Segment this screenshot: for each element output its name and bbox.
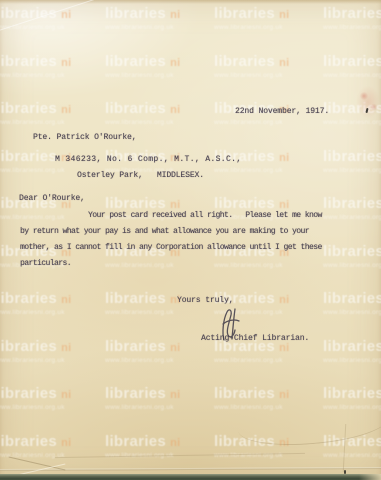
scanner-bed-edge: [0, 474, 381, 480]
signature-initials: [216, 307, 244, 343]
closing: Yours truly,: [177, 296, 233, 306]
recipient-unit: M 346233, No. 6 Comp., M.T., A.S.C.,: [55, 155, 242, 165]
recipient-address: Osterley Park, MIDDLESEX.: [77, 171, 204, 181]
body-line: by return what your pay is and what allo…: [20, 227, 309, 237]
body-line: particulars.: [20, 259, 71, 269]
body-line: mother, as I cannot fill in any Corporat…: [20, 243, 322, 253]
letter-date: 22nd November, 1917.: [235, 107, 329, 117]
scanned-letter-page: librariesniwww.librariesni.org.uklibrari…: [0, 0, 381, 480]
recipient-name: Pte. Patrick O'Rourke,: [33, 133, 136, 143]
scanner-bed-edge-fade: [359, 474, 381, 480]
salutation: Dear O'Rourke,: [19, 194, 85, 204]
body-line: Your post card received all right. Pleas…: [88, 211, 322, 221]
letter-text: 22nd November, 1917. Pte. Patrick O'Rour…: [0, 0, 381, 480]
